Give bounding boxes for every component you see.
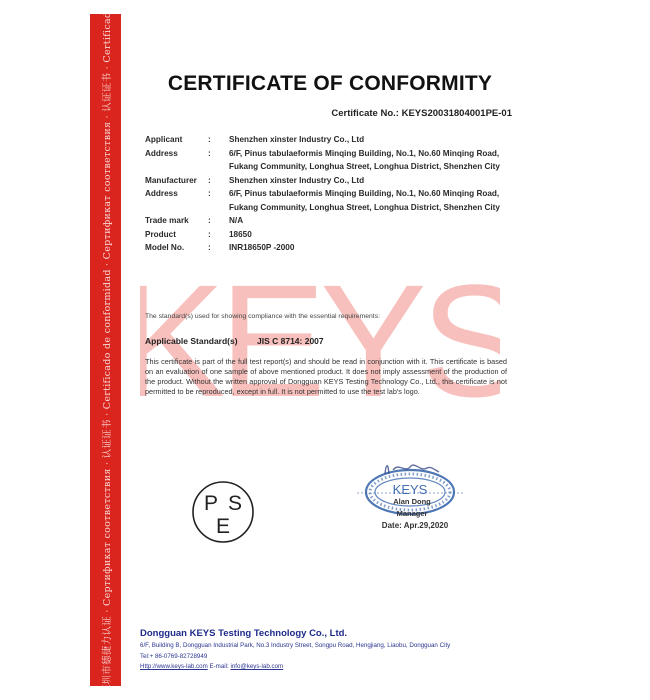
info-colon: : — [208, 241, 229, 255]
decorative-side-strip: 深圳市德捷力认证 · Сертификат соответствия · 认证证… — [90, 14, 121, 686]
standards-intro: The standard(s) used for showing complia… — [145, 313, 515, 320]
info-row-manufacturer: Manufacturer : Shenzhen xinster Industry… — [145, 174, 515, 188]
website-link[interactable]: Http://www.keys-lab.com — [140, 663, 208, 670]
svg-text:KEYS: KEYS — [393, 482, 428, 497]
info-label: Manufacturer — [145, 174, 208, 188]
email-link[interactable]: info@keys-lab.com — [230, 663, 283, 670]
signature-date: Date: Apr.29,2020 — [365, 521, 465, 530]
footer-contact: Http://www.keys-lab.com E-mail: info@key… — [140, 662, 520, 673]
certificate-number-label: Certificate No.: — [331, 108, 399, 119]
info-colon: : — [208, 187, 229, 214]
info-label: Applicant — [145, 133, 208, 147]
info-label: Model No. — [145, 241, 208, 255]
info-colon: : — [208, 214, 229, 228]
info-row-product: Product : 18650 — [145, 228, 515, 242]
certificate-number: Certificate No.: KEYS20031804001PE-01 — [331, 108, 512, 119]
info-value: N/A — [229, 214, 515, 228]
svg-text:S: S — [228, 492, 242, 515]
info-row-manufacturer-address: Address : 6/F, Pinus tabulaeformis Minqi… — [145, 187, 515, 214]
info-value: Shenzhen xinster Industry Co., Ltd — [229, 133, 515, 147]
certificate-number-value: KEYS20031804001PE-01 — [402, 108, 512, 119]
strip-text: 深圳市德捷力认证 · Сертификат соответствия · 认证证… — [99, 14, 113, 686]
info-row-applicant-address: Address : 6/F, Pinus tabulaeformis Minqi… — [145, 147, 515, 174]
info-colon: : — [208, 133, 229, 147]
signatory-name: Alan Dong — [382, 497, 442, 506]
certificate-title: CERTIFICATE OF CONFORMITY — [120, 72, 540, 96]
info-label: Address — [145, 187, 208, 214]
info-label: Trade mark — [145, 214, 208, 228]
email-label: E-mail: — [209, 663, 228, 670]
info-label: Address — [145, 147, 208, 174]
info-label: Product — [145, 228, 208, 242]
footer-tel: Tel:+ 86-0769-82728949 — [140, 652, 520, 663]
applicable-standards: Applicable Standard(s) JIS C 8714: 2007 — [145, 336, 515, 346]
info-value: Shenzhen xinster Industry Co., Ltd — [229, 174, 515, 188]
info-colon: : — [208, 174, 229, 188]
info-row-model-no: Model No. : INR18650P -2000 — [145, 241, 515, 255]
certificate-info: Applicant : Shenzhen xinster Industry Co… — [145, 133, 515, 255]
info-value: 6/F, Pinus tabulaeformis Minqing Buildin… — [229, 147, 515, 174]
svg-text:E: E — [216, 515, 230, 538]
footer-company-name: Dongguan KEYS Testing Technology Co., Lt… — [140, 627, 520, 641]
applicable-standards-label: Applicable Standard(s) — [145, 336, 257, 346]
info-value: 18650 — [229, 228, 515, 242]
svg-text:P: P — [204, 492, 218, 515]
info-row-applicant: Applicant : Shenzhen xinster Industry Co… — [145, 133, 515, 147]
info-colon: : — [208, 147, 229, 174]
info-value: 6/F, Pinus tabulaeformis Minqing Buildin… — [229, 187, 515, 214]
disclaimer-text: This certificate is part of the full tes… — [145, 357, 507, 397]
certificate-page: 深圳市德捷力认证 · Сертификат соответствия · 认证证… — [0, 0, 650, 700]
footer: Dongguan KEYS Testing Technology Co., Lt… — [140, 627, 520, 673]
info-colon: : — [208, 228, 229, 242]
info-value: INR18650P -2000 — [229, 241, 515, 255]
company-stamp-icon: KEYS — [355, 460, 465, 530]
applicable-standards-value: JIS C 8714: 2007 — [257, 336, 324, 346]
info-row-trade-mark: Trade mark : N/A — [145, 214, 515, 228]
signatory-title: Manager — [382, 509, 442, 518]
pse-mark-icon: P S E — [191, 480, 255, 544]
footer-address: 6/F, Building B, Dongguan Industrial Par… — [140, 641, 520, 652]
